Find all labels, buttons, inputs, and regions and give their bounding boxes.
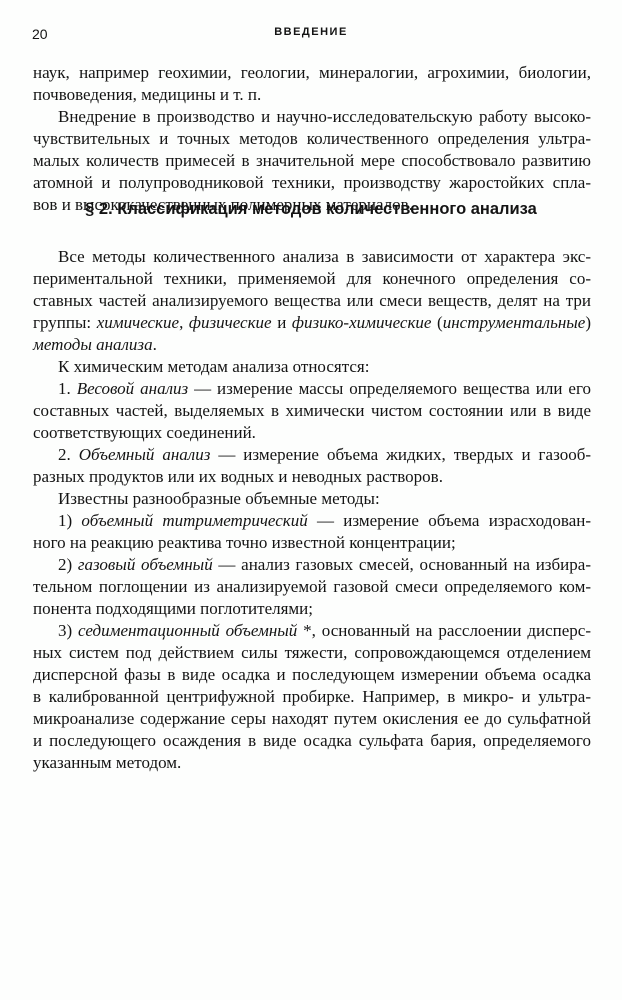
text-line: группы: химические, физические и физико-…: [33, 312, 591, 334]
text-span: — анализ газовых смесей, основанный на и…: [213, 555, 591, 574]
term: объемный титриметрический: [81, 511, 307, 530]
text-line: тельном поглощении из анализируемой газо…: [33, 576, 591, 598]
item-number: 1): [58, 511, 81, 530]
text-line: чувствительных и точных методов количест…: [33, 128, 591, 150]
emphasis: методы анализа: [33, 335, 153, 354]
section-heading: § 2. Классификация методов количественно…: [0, 200, 622, 219]
term: Объемный анализ: [79, 445, 211, 464]
text-line: ставных частей анализируемого вещества и…: [33, 290, 591, 312]
text-span: группы:: [33, 313, 97, 332]
text-line: малых количеств примесей в значительной …: [33, 150, 591, 172]
text-line: микроанализе содержание серы находят пут…: [33, 708, 591, 730]
text-span: *, основанный на расслоении дисперс-: [297, 621, 591, 640]
text-line: атомной и полупроводниковой техники, про…: [33, 172, 591, 194]
text-line: почвоведения, медицины и т. п.: [33, 84, 591, 106]
text-line: соответствующих соединений.: [33, 422, 591, 444]
text-span: ,: [179, 313, 189, 332]
emphasis: физико-химические: [292, 313, 432, 332]
text-span: (: [431, 313, 442, 332]
text-span: — измерение объема израсходован-: [308, 511, 591, 530]
book-page: 20 ВВЕДЕНИЕ наук, например геохимии, гео…: [0, 0, 622, 1000]
sub-item-1: 1) объемный титриметрический — измерение…: [58, 510, 591, 532]
item-number: 3): [58, 621, 78, 640]
text-line: методы анализа.: [33, 334, 591, 356]
item-number: 2): [58, 555, 78, 574]
text-line: периментальной техники, применяемой для …: [33, 268, 591, 290]
text-span: .: [153, 335, 157, 354]
sub-item-3: 3) седиментационный объемный *, основанн…: [58, 620, 591, 642]
text-line: в калиброванной центрифужной пробирке. Н…: [33, 686, 591, 708]
term: Весовой анализ: [77, 379, 188, 398]
text-line: разных продуктов или их водных и неводны…: [33, 466, 591, 488]
text-line: наук, например геохимии, геологии, минер…: [33, 62, 591, 84]
emphasis: инструментальные: [443, 313, 586, 332]
text-line: ных систем под действием силы тяжести, с…: [33, 642, 591, 664]
text-line: Внедрение в производство и научно-исслед…: [58, 106, 591, 128]
term: седиментационный объемный: [78, 621, 297, 640]
term: газовый объемный: [78, 555, 213, 574]
text-span: и: [272, 313, 292, 332]
sub-item-2: 2) газовый объемный — анализ газовых сме…: [58, 554, 591, 576]
text-span: ): [585, 313, 591, 332]
emphasis: физические: [189, 313, 272, 332]
list-item-2: 2. Объемный анализ — измерение объема жи…: [58, 444, 591, 466]
text-line: составных частей, выделяемых в химически…: [33, 400, 591, 422]
text-line: К химическим методам анализа относятся:: [58, 356, 591, 378]
text-line: Все методы количественного анализа в зав…: [58, 246, 591, 268]
text-line: дисперсной фазы в виде осадка и последую…: [33, 664, 591, 686]
list-item-1: 1. Весовой анализ — измерение массы опре…: [58, 378, 591, 400]
text-line: и последующего осаждения в виде осадка с…: [33, 730, 591, 752]
text-line: Известны разнообразные объемные методы:: [58, 488, 591, 510]
text-line: ного на реакцию реактива точно известной…: [33, 532, 591, 554]
text-line: понента подходящими поглотителями;: [33, 598, 591, 620]
item-number: 2.: [58, 445, 79, 464]
item-number: 1.: [58, 379, 77, 398]
text-span: — измерение массы определяемого вещества…: [188, 379, 591, 398]
text-span: — измерение объема жидких, твердых и газ…: [210, 445, 591, 464]
running-header: 20 ВВЕДЕНИЕ: [32, 26, 590, 42]
emphasis: химические: [97, 313, 179, 332]
running-title: ВВЕДЕНИЕ: [32, 26, 590, 38]
text-line: указанным методом.: [33, 752, 591, 774]
